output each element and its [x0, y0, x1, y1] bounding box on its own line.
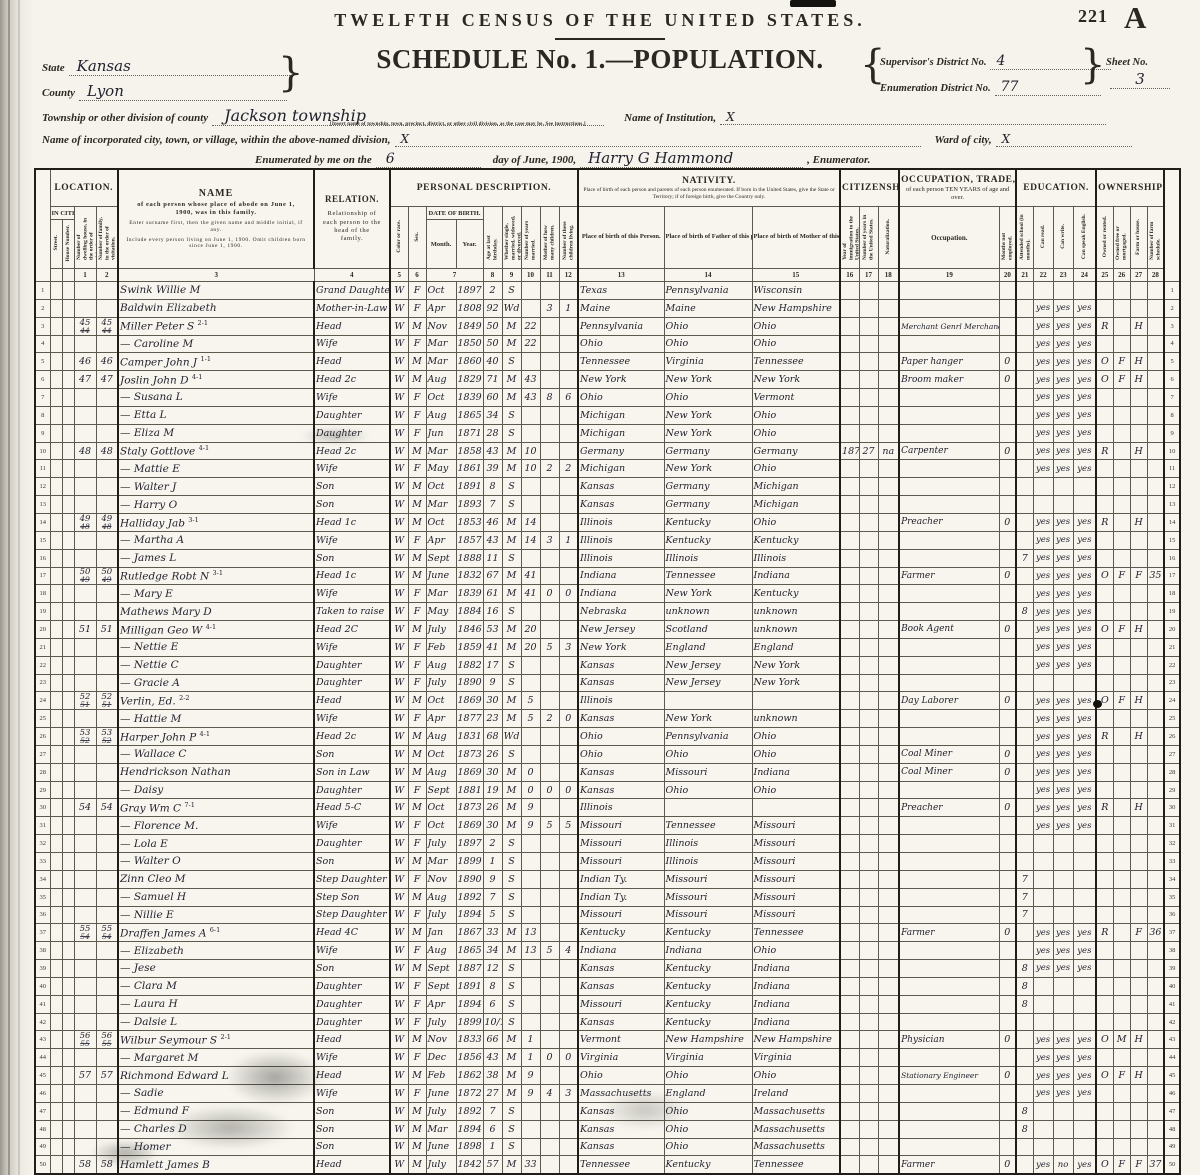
cell-name: Rutledge Robt N 3-1 [118, 567, 314, 585]
cell-mother-of-children [540, 888, 559, 906]
cell-free-mortgaged [1113, 282, 1130, 300]
cell-color-race: W [390, 870, 408, 888]
cell-speak-english: yes [1073, 442, 1096, 460]
cell-farm-schedule [1147, 478, 1164, 496]
cell-father-birthplace: Ohio [664, 1067, 752, 1085]
cell-sex: M [408, 799, 426, 817]
cell-sex: F [408, 1049, 426, 1067]
cell-farm-house [1130, 389, 1147, 407]
cell-marital-status: S [502, 478, 521, 496]
cell-farm-schedule [1147, 870, 1164, 888]
cell-years-in-us [859, 870, 878, 888]
cell-color-race: W [390, 763, 408, 781]
cell-birth-year: 1894 [456, 995, 483, 1013]
cell-owned-rented: R [1096, 924, 1113, 942]
person-row: 11— Mattie EWifeWFMay186139M1022Michigan… [35, 460, 1180, 478]
cell-mother-of-children [540, 656, 559, 674]
cell-occupation: Merchant Genrl Merchandise [899, 317, 999, 335]
cell-line-number: 12 [35, 478, 50, 496]
cell-family-number [96, 656, 118, 674]
cell-can-write [1053, 1013, 1073, 1031]
cell-name: Baldwin Elizabeth [118, 299, 314, 317]
cell-street [50, 960, 62, 978]
cell-mother-birthplace: Indiana [752, 763, 840, 781]
cell-free-mortgaged [1113, 299, 1130, 317]
cell-line-number-right: 15 [1164, 531, 1180, 549]
cell-birth-month: Apr [426, 995, 456, 1013]
cell-farm-house [1130, 995, 1147, 1013]
owned-rented-header: Owned or rented. [1096, 207, 1113, 269]
cell-farm-house [1130, 835, 1147, 853]
cell-family-number: 57 [96, 1067, 118, 1085]
cell-owned-rented [1096, 1138, 1113, 1156]
cell-attended-school: 8 [1016, 603, 1033, 621]
cell-free-mortgaged [1113, 389, 1130, 407]
cell-mother-birthplace: New York [752, 656, 840, 674]
cell-line-number: 8 [35, 406, 50, 424]
person-row: 36— Nillie EStep DaughterWFJuly18945SMis… [35, 906, 1180, 924]
cell-years-in-us [859, 763, 878, 781]
cell-street [50, 799, 62, 817]
cell-can-read: yes [1033, 1049, 1053, 1067]
cell-relation: Wife [314, 335, 390, 353]
column-number-5: 5 [390, 269, 408, 282]
cell-children-living [559, 1102, 578, 1120]
cell-dwelling-number [74, 977, 96, 995]
cell-months-unemployed: 0 [999, 799, 1016, 817]
cell-dwelling-number [74, 460, 96, 478]
cell-name: Camper John J 1-1 [118, 353, 314, 371]
cell-farm-schedule [1147, 977, 1164, 995]
cell-occupation [899, 335, 999, 353]
cell-mother-birthplace: Missouri [752, 870, 840, 888]
cell-occupation: Day Laborer [899, 692, 999, 710]
cell-father-birthplace: New York [664, 406, 752, 424]
cell-can-read: yes [1033, 638, 1053, 656]
cell-dwelling-number [74, 745, 96, 763]
cell-birth-month: Mar [426, 442, 456, 460]
cell-years-married [521, 745, 540, 763]
cell-farm-schedule [1147, 1102, 1164, 1120]
cell-years-in-us [859, 674, 878, 692]
cell-street [50, 513, 62, 531]
cell-sex: F [408, 942, 426, 960]
cell-family-number [96, 282, 118, 300]
cell-relation: Head [314, 317, 390, 335]
cell-farm-house: H [1130, 621, 1147, 639]
cell-dwelling-number [74, 531, 96, 549]
cell-relation: Head [314, 692, 390, 710]
cell-color-race: W [390, 549, 408, 567]
cell-years-married [521, 870, 540, 888]
group-name: NAME of each person whose place of abode… [118, 169, 314, 269]
cell-mother-birthplace: unknown [752, 710, 840, 728]
cell-father-birthplace: Kentucky [664, 1156, 752, 1174]
cell-can-read [1033, 870, 1053, 888]
cell-months-unemployed [999, 906, 1016, 924]
cell-immigration-year [840, 317, 859, 335]
cell-years-married [521, 406, 540, 424]
cell-birthplace: Indiana [578, 567, 664, 585]
cell-line-number: 13 [35, 496, 50, 514]
cell-house-number [62, 656, 74, 674]
cell-mother-of-children [540, 853, 559, 871]
cell-farm-house [1130, 424, 1147, 442]
cell-children-living [559, 478, 578, 496]
cell-sex: M [408, 371, 426, 389]
cell-years-in-us [859, 906, 878, 924]
cell-dwelling-number [74, 995, 96, 1013]
sex-header: Sex. [408, 207, 426, 269]
cell-sex: F [408, 1013, 426, 1031]
cell-age: 8 [483, 478, 502, 496]
cell-months-unemployed [999, 942, 1016, 960]
cell-birth-month: July [426, 1013, 456, 1031]
cell-owned-rented [1096, 835, 1113, 853]
cell-farm-house [1130, 710, 1147, 728]
cell-birthplace: Illinois [578, 549, 664, 567]
cell-name: Staly Gottlove 4-1 [118, 442, 314, 460]
cell-years-in-us [859, 835, 878, 853]
cell-house-number [62, 692, 74, 710]
cell-children-living [559, 674, 578, 692]
cell-birthplace: Illinois [578, 513, 664, 531]
cell-farm-house [1130, 977, 1147, 995]
cell-free-mortgaged: F [1113, 353, 1130, 371]
cell-color-race: W [390, 674, 408, 692]
cell-line-number-right: 3 [1164, 317, 1180, 335]
cell-naturalization [878, 1049, 899, 1067]
cell-dwelling-number [74, 960, 96, 978]
cell-farm-house [1130, 781, 1147, 799]
cell-line-number-right: 14 [1164, 513, 1180, 531]
cell-relation: Wife [314, 531, 390, 549]
cell-line-number-right: 22 [1164, 656, 1180, 674]
cell-relation: Son in Law [314, 763, 390, 781]
cell-age: 68 [483, 728, 502, 746]
cell-house-number [62, 906, 74, 924]
cell-street [50, 282, 62, 300]
cell-attended-school [1016, 799, 1033, 817]
cell-birthplace: Michigan [578, 406, 664, 424]
cell-dwelling-number [74, 674, 96, 692]
cell-line-number: 25 [35, 710, 50, 728]
cell-line-number-right: 30 [1164, 799, 1180, 817]
person-row: 35— Samuel HStep SonWMAug18927SIndian Ty… [35, 888, 1180, 906]
cell-name: Miller Peter S 2-1 [118, 317, 314, 335]
cell-owned-rented [1096, 299, 1113, 317]
cell-dwelling-number: 5352 [74, 728, 96, 746]
cell-age: 23 [483, 710, 502, 728]
cell-children-living [559, 621, 578, 639]
cell-family-number [96, 995, 118, 1013]
cell-family-number [96, 1102, 118, 1120]
cell-marital-status: S [502, 424, 521, 442]
cell-immigration-year [840, 335, 859, 353]
cell-line-number: 22 [35, 656, 50, 674]
occupation-desc: of each person TEN YEARS of age and over… [901, 186, 1014, 201]
cell-children-living [559, 960, 578, 978]
cell-free-mortgaged: F [1113, 1067, 1130, 1085]
cell-can-write: yes [1053, 728, 1073, 746]
cell-farm-schedule [1147, 1049, 1164, 1067]
column-number-20: 20 [999, 269, 1016, 282]
cell-immigration-year [840, 799, 859, 817]
brace-right-district: } [1080, 42, 1105, 88]
cell-can-read: yes [1033, 924, 1053, 942]
cell-birth-month: Nov [426, 870, 456, 888]
cell-father-birthplace: Ohio [664, 781, 752, 799]
cell-speak-english: yes [1073, 745, 1096, 763]
cell-age: 30 [483, 763, 502, 781]
cell-name: Wilbur Seymour S 2-1 [118, 1031, 314, 1049]
cell-farm-schedule [1147, 817, 1164, 835]
cell-birth-year: 1869 [456, 817, 483, 835]
cell-can-read [1033, 995, 1053, 1013]
cell-color-race: W [390, 656, 408, 674]
cell-name: — Mary E [118, 585, 314, 603]
column-number-25: 25 [1096, 269, 1113, 282]
cell-birth-year: 1872 [456, 1084, 483, 1102]
cell-farm-schedule [1147, 1031, 1164, 1049]
cell-farm-house [1130, 478, 1147, 496]
cell-dwelling-number [74, 781, 96, 799]
cell-family-number [96, 817, 118, 835]
cell-years-married: 9 [521, 1084, 540, 1102]
cell-birth-year: 1881 [456, 781, 483, 799]
cell-father-birthplace: Germany [664, 496, 752, 514]
cell-birthplace: Missouri [578, 906, 664, 924]
cell-farm-schedule [1147, 763, 1164, 781]
cell-name: — Clara M [118, 977, 314, 995]
cell-farm-schedule [1147, 371, 1164, 389]
cell-owned-rented [1096, 995, 1113, 1013]
cell-years-married: 43 [521, 389, 540, 407]
cell-free-mortgaged [1113, 478, 1130, 496]
cell-years-married [521, 656, 540, 674]
cell-attended-school: 8 [1016, 960, 1033, 978]
cell-farm-house [1130, 817, 1147, 835]
person-row: 455757Richmond Edward LHeadWMFeb186238M9… [35, 1067, 1180, 1085]
cell-immigration-year [840, 299, 859, 317]
column-number-3: 3 [118, 269, 314, 282]
cell-farm-schedule: 36 [1147, 924, 1164, 942]
cell-line-number: 2 [35, 299, 50, 317]
cell-age: 71 [483, 371, 502, 389]
cell-marital-status: M [502, 621, 521, 639]
cell-years-married [521, 478, 540, 496]
cell-street [50, 1138, 62, 1156]
cell-birth-month: June [426, 1084, 456, 1102]
cell-owned-rented: R [1096, 442, 1113, 460]
cell-speak-english [1073, 995, 1096, 1013]
cell-birth-month: Mar [426, 1120, 456, 1138]
cell-dwelling-number [74, 1120, 96, 1138]
cell-line-number-right: 13 [1164, 496, 1180, 514]
cell-occupation: Broom maker [899, 371, 999, 389]
cell-street [50, 496, 62, 514]
cell-children-living: 0 [559, 585, 578, 603]
cell-speak-english [1073, 870, 1096, 888]
cell-months-unemployed: 0 [999, 353, 1016, 371]
cell-birth-month: Feb [426, 638, 456, 656]
cell-birthplace: Illinois [578, 692, 664, 710]
cell-immigration-year [840, 406, 859, 424]
cell-speak-english: yes [1073, 371, 1096, 389]
cell-sex: F [408, 299, 426, 317]
cell-farm-schedule [1147, 424, 1164, 442]
cell-owned-rented [1096, 960, 1113, 978]
cell-line-number: 50 [35, 1156, 50, 1174]
cell-street [50, 835, 62, 853]
cell-can-read: yes [1033, 603, 1053, 621]
cell-speak-english [1073, 853, 1096, 871]
cell-speak-english: yes [1073, 1156, 1096, 1174]
cell-free-mortgaged [1113, 656, 1130, 674]
cell-speak-english [1073, 496, 1096, 514]
cell-family-number [96, 603, 118, 621]
cell-speak-english: yes [1073, 1067, 1096, 1085]
cell-years-married: 22 [521, 317, 540, 335]
cell-birthplace: New York [578, 638, 664, 656]
cell-children-living [559, 603, 578, 621]
cell-mother-birthplace: England [752, 638, 840, 656]
cell-line-number-right: 25 [1164, 710, 1180, 728]
cell-line-number-right: 11 [1164, 460, 1180, 478]
cell-birthplace: Kansas [578, 1102, 664, 1120]
cell-farm-schedule [1147, 710, 1164, 728]
cell-marital-status: M [502, 371, 521, 389]
cell-can-write: yes [1053, 692, 1073, 710]
cell-children-living [559, 853, 578, 871]
cell-speak-english: yes [1073, 781, 1096, 799]
cell-speak-english: yes [1073, 585, 1096, 603]
cell-years-married [521, 424, 540, 442]
cell-birthplace: Virginia [578, 1049, 664, 1067]
attended-school-header: Attended school (in months). [1016, 207, 1033, 269]
cell-family-number [96, 1084, 118, 1102]
cell-owned-rented [1096, 460, 1113, 478]
person-row: 64747Joslin John D 4-1Head 2cWMAug182971… [35, 371, 1180, 389]
cell-naturalization [878, 995, 899, 1013]
cell-speak-english: yes [1073, 389, 1096, 407]
cell-marital-status: Wd [502, 728, 521, 746]
cell-immigration-year [840, 835, 859, 853]
cell-naturalization [878, 299, 899, 317]
cell-can-write: yes [1053, 317, 1073, 335]
cell-owned-rented [1096, 549, 1113, 567]
cell-farm-schedule [1147, 299, 1164, 317]
cell-immigration-year [840, 1156, 859, 1174]
cell-family-number [96, 960, 118, 978]
cell-occupation [899, 406, 999, 424]
cell-occupation [899, 960, 999, 978]
cell-birth-year: 1877 [456, 710, 483, 728]
cell-can-read [1033, 478, 1053, 496]
cell-marital-status: M [502, 585, 521, 603]
group-location: LOCATION. [50, 169, 118, 207]
occupation-title: OCCUPATION, TRADE, OR PROFESSION [901, 175, 1016, 185]
cell-children-living: 0 [559, 781, 578, 799]
cell-sex: F [408, 674, 426, 692]
cell-family-number [96, 674, 118, 692]
cell-relation: Head 4C [314, 924, 390, 942]
cell-attended-school [1016, 478, 1033, 496]
cell-relation: Wife [314, 585, 390, 603]
cell-can-write: yes [1053, 353, 1073, 371]
enumeration-label: Enumeration District No. [880, 83, 991, 94]
cell-owned-rented: R [1096, 513, 1113, 531]
cell-marital-status: M [502, 710, 521, 728]
cell-relation: Wife [314, 1084, 390, 1102]
cell-relation: Son [314, 960, 390, 978]
cell-street [50, 478, 62, 496]
enumerator-name: Harry G Hammond [580, 149, 803, 168]
state-label: State [42, 62, 65, 74]
cell-can-read: yes [1033, 585, 1053, 603]
cell-mother-of-children: 3 [540, 531, 559, 549]
cell-occupation: Coal Miner [899, 763, 999, 781]
cell-years-in-us [859, 353, 878, 371]
cell-naturalization [878, 1084, 899, 1102]
cell-free-mortgaged [1113, 1138, 1130, 1156]
cell-can-read: yes [1033, 960, 1053, 978]
cell-immigration-year [840, 960, 859, 978]
cell-can-write: yes [1053, 567, 1073, 585]
cell-name: — Etta L [118, 406, 314, 424]
cell-sex: F [408, 406, 426, 424]
cell-house-number [62, 299, 74, 317]
cell-mother-of-children [540, 1031, 559, 1049]
cell-street [50, 710, 62, 728]
cell-farm-schedule [1147, 799, 1164, 817]
cell-age: 41 [483, 638, 502, 656]
cell-farm-schedule [1147, 353, 1164, 371]
cell-relation: Grand Daughter [314, 282, 390, 300]
cell-color-race: W [390, 317, 408, 335]
cell-owned-rented: R [1096, 799, 1113, 817]
cell-can-write: yes [1053, 442, 1073, 460]
cell-immigration-year [840, 888, 859, 906]
cell-family-number: 4544 [96, 317, 118, 335]
cell-house-number [62, 1120, 74, 1138]
cell-immigration-year: 1873 [840, 442, 859, 460]
cell-sex: F [408, 835, 426, 853]
cell-birth-year: 1861 [456, 460, 483, 478]
cell-marital-status: M [502, 763, 521, 781]
cell-line-number-right: 40 [1164, 977, 1180, 995]
cell-can-write: yes [1053, 371, 1073, 389]
cell-occupation: Preacher [899, 799, 999, 817]
cell-marital-status: M [502, 1156, 521, 1174]
cell-farm-house [1130, 282, 1147, 300]
cell-months-unemployed [999, 424, 1016, 442]
person-row: 345444544Miller Peter S 2-1HeadWMNov1849… [35, 317, 1180, 335]
cell-color-race: W [390, 1102, 408, 1120]
cell-birth-month: Oct [426, 799, 456, 817]
cell-naturalization [878, 371, 899, 389]
person-row: 49— HomerSonWMJune18981SKansasOhioMassac… [35, 1138, 1180, 1156]
cell-can-write [1053, 1102, 1073, 1120]
cell-can-read: yes [1033, 335, 1053, 353]
cell-line-number: 29 [35, 781, 50, 799]
cell-birth-year: 1898 [456, 1138, 483, 1156]
cell-free-mortgaged [1113, 960, 1130, 978]
cell-children-living [559, 513, 578, 531]
cell-father-birthplace: Ohio [664, 1120, 752, 1138]
cell-attended-school [1016, 710, 1033, 728]
cell-street [50, 424, 62, 442]
